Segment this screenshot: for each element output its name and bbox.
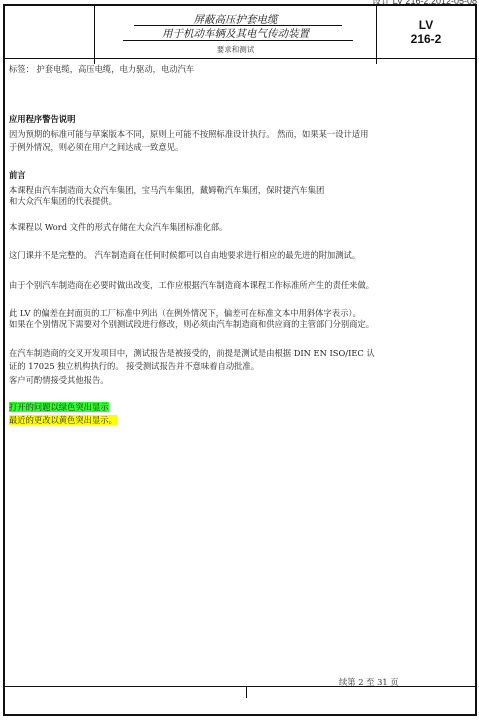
paragraph: 由于个别汽车制造商在必要时做出改变，工作应根据汽车制造商本课程工作标准所产生的责… — [9, 279, 471, 292]
paragraph: 本课程以 Word 文件的形式存储在大众汽车集团标准化部。 — [9, 221, 471, 234]
page-frame: 屏蔽高压护套电缆 用于机动车辆及其电气传动装置 要求和测试 LV 216-2 标… — [3, 4, 477, 716]
tags-line: 标签： 护套电缆，高压电缆，电力驱动，电动汽车 — [9, 63, 471, 76]
header-title-cell: 屏蔽高压护套电缆 用于机动车辆及其电气传动装置 要求和测试 — [95, 6, 377, 58]
standard-code-line2: 216-2 — [377, 32, 475, 46]
document-title-line2: 用于机动车辆及其电气传动装置 — [95, 26, 376, 41]
paragraph: 和大众汽车集团的代表提供。 — [9, 196, 471, 207]
paragraph: 在汽车制造商的交叉开发项目中，测试报告是被接受的，前提是测试是由根据 DIN E… — [9, 347, 471, 360]
header-logo-cell — [5, 6, 95, 58]
header-code-cell: LV 216-2 — [377, 6, 475, 58]
document-subtitle: 要求和测试 — [95, 44, 376, 55]
standard-code-line1: LV — [377, 18, 475, 32]
section-heading-warning: 应用程序警告说明 — [9, 113, 471, 126]
footer-divider — [5, 686, 475, 687]
paragraph: 于例外情况，则必须在用户之间达成一致意见。 — [9, 141, 471, 154]
document-body: 标签： 护套电缆，高压电缆，电力驱动，电动汽车 应用程序警告说明 因为预期的标准… — [9, 63, 471, 427]
paragraph: 此 LV 的偏差在封面页的工厂标准中列出（在例外情况下，偏差可在标准文本中用斜体… — [9, 308, 471, 319]
legend-open-issues: 打开的问题以绿色突出显示 — [9, 402, 109, 412]
legend-recent-changes: 最近的更改以黄色突出显示。 — [9, 415, 117, 425]
paragraph: 因为预期的标准可能与草案版本不同，原则上可能不按照标准设计执行。 然而，如果某一… — [9, 128, 471, 141]
paragraph: 客户可酌情接受其他报告。 — [9, 374, 471, 387]
standard-code: LV 216-2 — [377, 18, 475, 46]
paragraph: 本课程由汽车制造商大众汽车集团，宝马汽车集团，戴姆勒汽车集团，保时捷汽车集团 — [9, 185, 471, 196]
title-rule — [123, 40, 353, 41]
paragraph: 如果在个别情况下需要对个别测试段进行修改，则必须由汽车制造商和供应商的主管部门分… — [9, 319, 471, 330]
footer-tick — [246, 686, 247, 698]
document-header: 屏蔽高压护套电缆 用于机动车辆及其电气传动装置 要求和测试 LV 216-2 — [5, 6, 475, 59]
section-heading-foreword: 前言 — [9, 169, 471, 182]
paragraph: 证的 17025 独立机构执行的。 接受测试报告并不意味着自动批准。 — [9, 360, 471, 373]
paragraph: 这门课并不是完整的。 汽车制造商在任何时候都可以自由地要求进行相应的最先进的附加… — [9, 249, 471, 262]
